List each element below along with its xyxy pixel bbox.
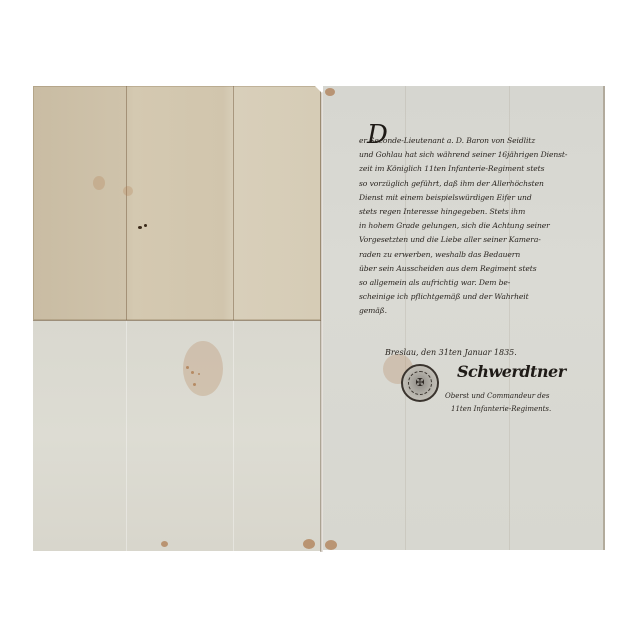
letter-line: Vorgesetzten und die Liebe aller seiner …	[359, 233, 595, 247]
letter-line: in hohem Grade gelungen, sich die Achtun…	[359, 219, 595, 233]
vertical-fold-line	[126, 86, 127, 320]
letter-line: und Gohlau hat sich während seiner 16jäh…	[359, 148, 595, 162]
signature-title-line: Oberst und Commandeur des	[445, 390, 551, 403]
date-line: Breslau, den 31ten Januar 1835.	[385, 348, 517, 357]
edge-stain	[325, 540, 337, 550]
foxing-spot	[191, 371, 194, 374]
signature-title-line: 11ten Infanterie-Regiments.	[445, 403, 551, 416]
ink-spot	[144, 224, 147, 227]
letter-page: D er Seconde-Lieutenant a. D. Baron von …	[323, 86, 605, 550]
letter-line: so vorzüglich geführt, daß ihm der Aller…	[359, 177, 595, 191]
seal-stamp: ✠	[401, 364, 439, 402]
letter-line: er Seconde-Lieutenant a. D. Baron von Se…	[359, 134, 595, 148]
edge-stain	[325, 88, 335, 96]
upper-left-panel	[33, 86, 321, 320]
edge-stain	[303, 539, 315, 549]
letter-body: D er Seconde-Lieutenant a. D. Baron von …	[359, 134, 595, 319]
edge-stain	[161, 541, 168, 547]
letter-line: über sein Ausscheiden aus dem Regiment s…	[359, 262, 595, 276]
letter-line: zeit im Königlich 11ten Infanterie-Regim…	[359, 162, 595, 176]
foxing-stain	[93, 176, 105, 190]
foxing-stain	[183, 341, 223, 396]
foxing-spot	[186, 366, 189, 369]
decorated-initial: D	[367, 122, 388, 148]
vertical-fold-line	[233, 86, 234, 320]
ink-spot	[138, 226, 142, 229]
foxing-spot	[193, 383, 196, 386]
letter-line: stets regen Interesse hingegeben. Stets …	[359, 205, 595, 219]
lower-left-panel	[33, 320, 321, 551]
signature: Schwerdtner	[457, 362, 566, 381]
letter-line: Dienst mit einem beispielswürdigen Eifer…	[359, 191, 595, 205]
letter-line: scheinige ich pflichtgemäß und der Wahrh…	[359, 290, 595, 304]
signature-title: Oberst und Commandeur des 11ten Infanter…	[445, 390, 551, 416]
document-sheet: D er Seconde-Lieutenant a. D. Baron von …	[33, 86, 605, 552]
foxing-spot	[198, 373, 200, 375]
letter-line: raden zu erwerben, weshalb das Bedauern	[359, 248, 595, 262]
eagle-seal-icon: ✠	[408, 371, 432, 395]
foxing-stain	[123, 186, 133, 196]
faint-fold-line	[126, 321, 127, 551]
faint-fold-line	[233, 321, 234, 551]
letter-line: so allgemein als aufrichtig war. Dem be-	[359, 276, 595, 290]
letter-line: gemäß.	[359, 304, 595, 318]
left-half-outer-fold	[33, 86, 321, 552]
